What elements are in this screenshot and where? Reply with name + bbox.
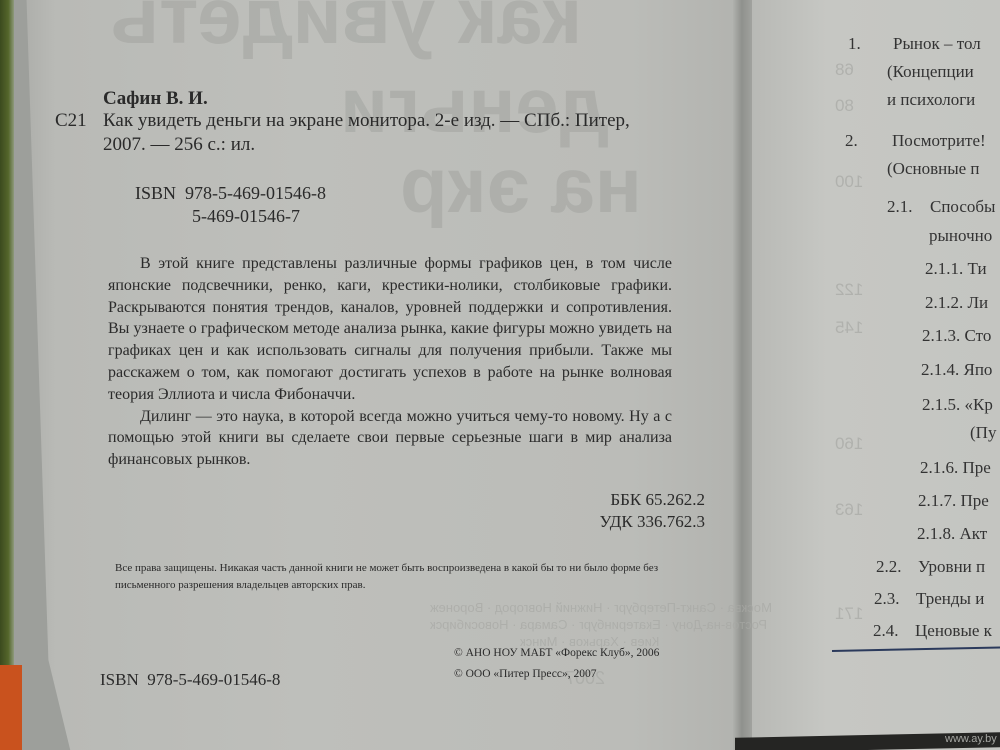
- bleed-through-page-number: 68: [835, 60, 854, 80]
- toc-number: 2.1.8. Акт: [917, 524, 987, 544]
- toc-entry: (Концепции: [887, 62, 974, 82]
- toc-entry: (Основные п: [887, 159, 980, 179]
- toc-number: 1.: [848, 34, 861, 54]
- bleed-through-page-number: 80: [835, 96, 854, 116]
- toc-number: 2.1.6. Пре: [920, 458, 991, 478]
- toc-entry: Уровни п: [918, 557, 985, 577]
- toc-entry: Рынок – тол: [893, 34, 981, 54]
- toc-number: 2.4.: [873, 621, 899, 641]
- toc-number: 2.: [845, 131, 858, 151]
- bleed-through-page-number: 171: [835, 604, 863, 624]
- toc-number: 2.1.4. Япо: [921, 360, 992, 380]
- toc-entry: Тренды и: [916, 589, 984, 609]
- toc-entry: и психологи: [887, 90, 975, 110]
- bleed-through-page-number: 160: [835, 434, 863, 454]
- toc-entry: Способы: [930, 197, 995, 217]
- toc-number: 2.1.: [887, 197, 913, 217]
- toc-number: 2.1.5. «Кр: [922, 395, 993, 415]
- toc-number: 2.1.1. Ти: [925, 259, 987, 279]
- bleed-through-page-number: 122: [835, 280, 863, 300]
- bleed-through-page-number: 163: [835, 500, 863, 520]
- watermark: www.ay.by: [945, 733, 997, 745]
- toc-entry: Ценовые к: [915, 621, 992, 641]
- toc-entry: (Пу: [970, 423, 996, 443]
- toc-entry: рыночно: [929, 226, 992, 246]
- toc-number: 2.3.: [874, 589, 900, 609]
- toc-number: 2.1.7. Пре: [918, 491, 989, 511]
- toc-number: 2.2.: [876, 557, 902, 577]
- bleed-through-page-number: 100: [835, 172, 863, 192]
- toc-number: 2.1.3. Сто: [922, 326, 991, 346]
- toc-entry: Посмотрите!: [892, 131, 986, 151]
- bleed-through-page-number: 145: [835, 318, 863, 338]
- toc-number: 2.1.2. Ли: [925, 293, 988, 313]
